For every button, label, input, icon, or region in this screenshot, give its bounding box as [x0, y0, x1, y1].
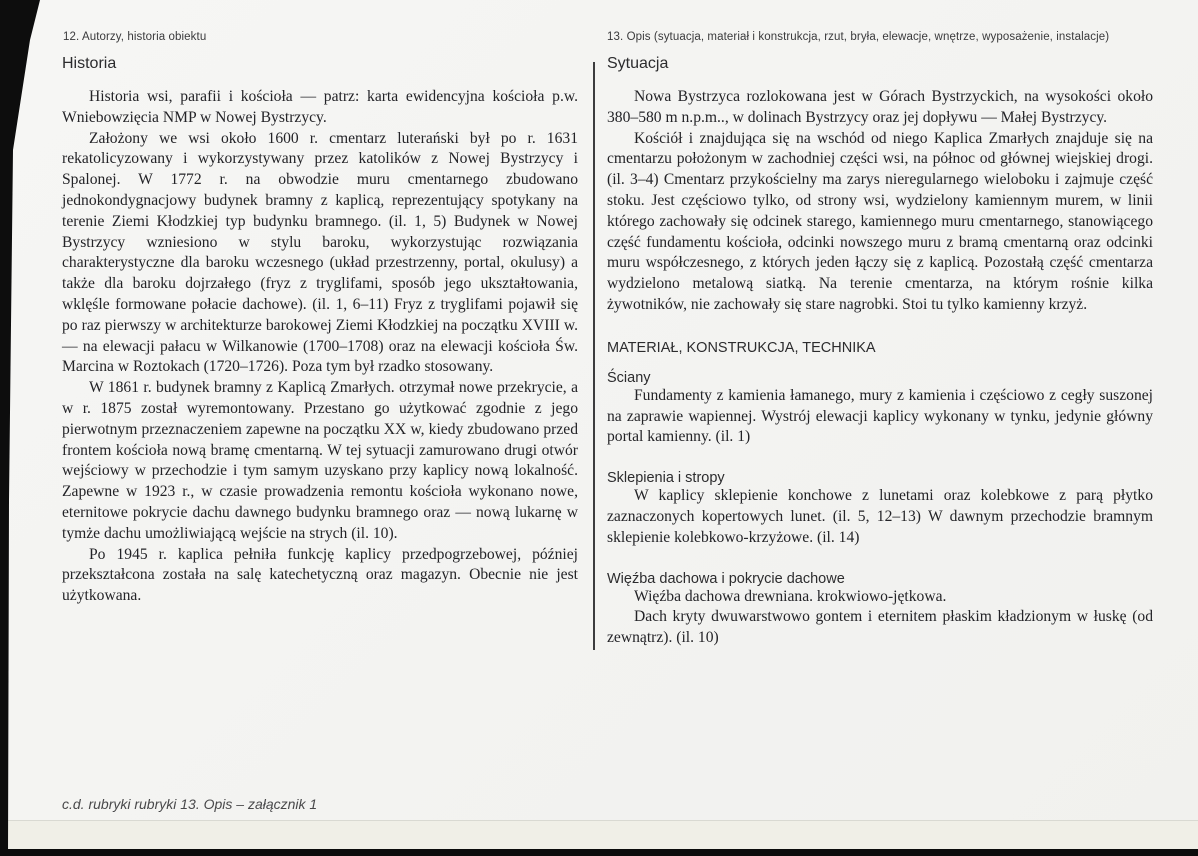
- continuation-footnote: c.d. rubryki rubryki 13. Opis – załączni…: [62, 796, 317, 812]
- roof-paragraph: Więźba dachowa drewniana. krokwiowo-jętk…: [607, 587, 1153, 608]
- history-paragraph: Historia wsi, parafii i kościoła — patrz…: [62, 87, 578, 129]
- situation-title: Sytuacja: [607, 55, 1153, 73]
- vaults-subsection-title: Sklepienia i stropy: [607, 470, 1153, 486]
- walls-subsection-title: Ściany: [607, 370, 1153, 386]
- scanned-document-page: 12. Autorzy, historia obiektu 13. Opis (…: [0, 0, 1198, 856]
- form-field-label-12: 12. Autorzy, historia obiektu: [63, 31, 206, 43]
- roof-paragraph: Dach kryty dwuwarstwowo gontem i eternit…: [607, 607, 1153, 649]
- column-divider-rule: [593, 62, 595, 650]
- situation-paragraph: Kościół i znajdująca się na wschód od ni…: [607, 129, 1153, 316]
- situation-paragraph: Nowa Bystrzyca rozlokowana jest w Górach…: [607, 87, 1153, 129]
- sheet-bottom-edge-line: [8, 820, 1198, 821]
- roof-subsection-title: Więźba dachowa i pokrycie dachowe: [607, 571, 1153, 587]
- history-column: Historia Historia wsi, parafii i kościoł…: [62, 55, 578, 607]
- history-paragraph: Założony we wsi około 1600 r. cmentarz l…: [62, 129, 578, 379]
- scanner-edge-bottom: [0, 849, 1198, 856]
- description-column: Sytuacja Nowa Bystrzyca rozlokowana jest…: [607, 55, 1153, 649]
- history-paragraph: Po 1945 r. kaplica pełniła funkcję kapli…: [62, 545, 578, 607]
- walls-paragraph: Fundamenty z kamienia łamanego, mury z k…: [607, 386, 1153, 448]
- form-field-label-13: 13. Opis (sytuacja, materiał i konstrukc…: [607, 31, 1109, 43]
- material-section-title: MATERIAŁ, KONSTRUKCJA, TECHNIKA: [607, 340, 1153, 356]
- sheet-under-edge: [8, 821, 1198, 849]
- history-title: Historia: [62, 55, 578, 73]
- scanner-edge-left: [0, 0, 46, 856]
- history-paragraph: W 1861 r. budynek bramny z Kaplicą Zmarł…: [62, 378, 578, 544]
- vaults-paragraph: W kaplicy sklepienie konchowe z lunetami…: [607, 486, 1153, 548]
